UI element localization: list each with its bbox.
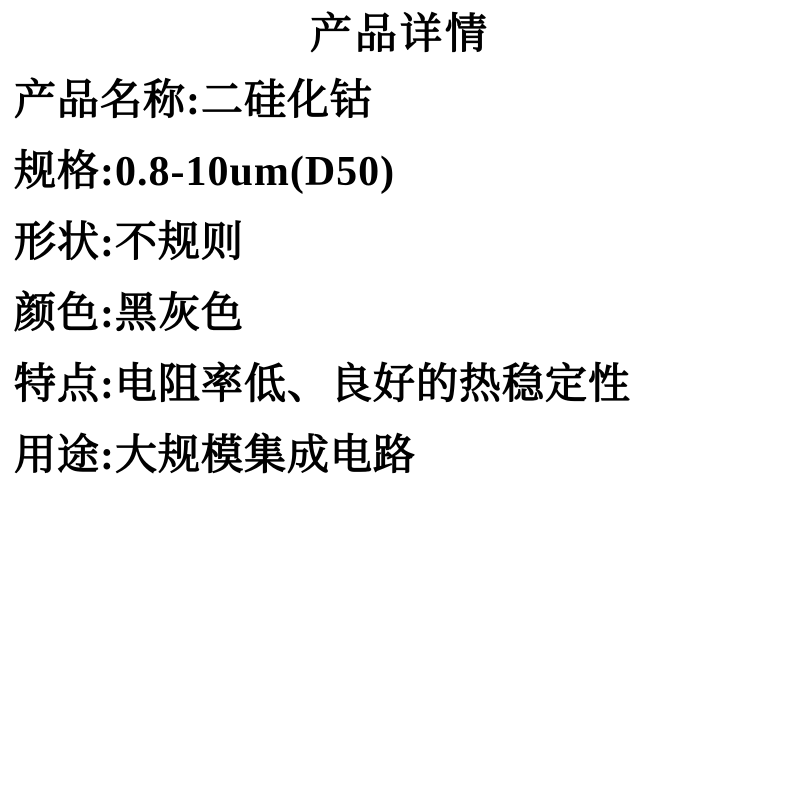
field-separator: : — [100, 291, 115, 337]
field-row-usage: 用途:大规模集成电路 — [14, 435, 800, 477]
field-row-features: 特点:电阻率低、良好的热稳定性 — [14, 364, 800, 406]
page-title: 产品详情 — [0, 0, 800, 56]
field-row-specification: 规格:0.8-10um(D50) — [14, 151, 800, 193]
field-value: 黑灰色 — [115, 291, 244, 337]
field-value: 0.8-10um(D50) — [115, 149, 395, 195]
field-value: 二硅化钴 — [201, 78, 373, 124]
product-fields: 产品名称:二硅化钴 规格:0.8-10um(D50) 形状:不规则 颜色:黑灰色… — [0, 80, 800, 477]
field-separator: : — [186, 78, 201, 124]
field-label: 规格 — [14, 149, 100, 195]
field-separator: : — [100, 362, 115, 408]
field-value: 大规模集成电路 — [115, 433, 416, 479]
field-separator: : — [100, 149, 115, 195]
field-label: 形状 — [14, 220, 100, 266]
field-label: 用途 — [14, 433, 100, 479]
field-value: 电阻率低、良好的热稳定性 — [115, 362, 631, 408]
field-row-product-name: 产品名称:二硅化钴 — [14, 80, 800, 122]
field-label: 颜色 — [14, 291, 100, 337]
field-row-color: 颜色:黑灰色 — [14, 293, 800, 335]
product-detail-page: 产品详情 产品名称:二硅化钴 规格:0.8-10um(D50) 形状:不规则 颜… — [0, 0, 800, 800]
field-separator: : — [100, 220, 115, 266]
field-label: 特点 — [14, 362, 100, 408]
field-value: 不规则 — [115, 220, 244, 266]
field-label: 产品名称 — [14, 78, 186, 124]
field-row-shape: 形状:不规则 — [14, 222, 800, 264]
field-separator: : — [100, 433, 115, 479]
